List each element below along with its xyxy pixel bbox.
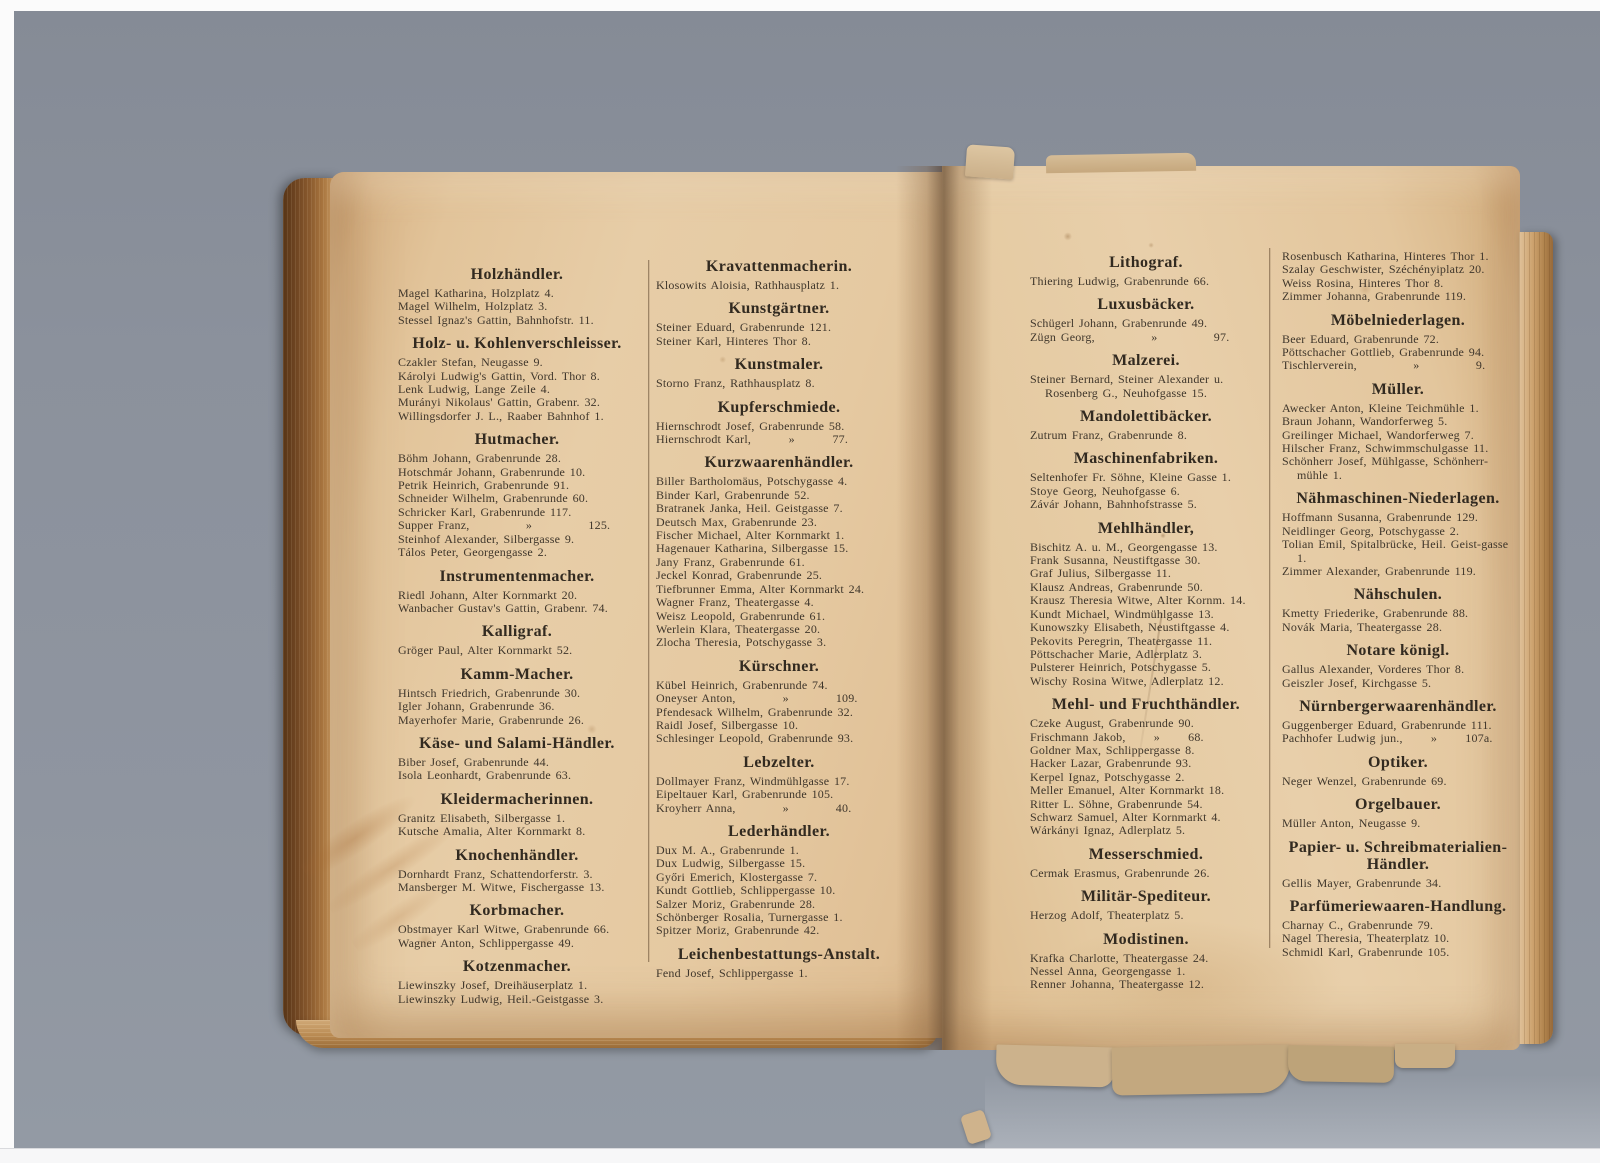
directory-entry: Tálos Peter, Georgengasse 2. (398, 546, 636, 559)
directory-entry: Jany Franz, Grabenrunde 61. (656, 556, 902, 569)
directory-section: Müller.Awecker Anton, Kleine Teichmühle … (1282, 381, 1514, 482)
directory-entry: Steiner Karl, Hinteres Thor 8. (656, 335, 902, 348)
directory-entry: Schlesinger Leopold, Grabenrunde 93. (656, 732, 902, 745)
directory-entry: Petrik Heinrich, Grabenrunde 91. (398, 479, 636, 492)
directory-entry: Gellis Mayer, Grabenrunde 34. (1282, 877, 1514, 890)
directory-entry: Károlyi Ludwig's Gattin, Vord. Thor 8. (398, 370, 636, 383)
directory-entry: Hiernschrodt Josef, Grabenrunde 58. (656, 420, 902, 433)
directory-entry: Hacker Lazar, Grabenrunde 93. (1030, 757, 1262, 770)
directory-section: Mehlhändler,Bischitz A. u. M., Georgenga… (1030, 520, 1262, 688)
directory-entry: Pöttschacher Gottlieb, Grabenrunde 94. (1282, 346, 1514, 359)
right-page-edge-stack (1519, 232, 1553, 1044)
paper-tab-top (1046, 153, 1196, 174)
section-heading: Knochenhändler. (398, 847, 636, 864)
directory-entry: Schönherr Josef, Mühlgasse, Schönherr-mü… (1282, 455, 1514, 482)
directory-section: Orgelbauer.Müller Anton, Neugasse 9. (1282, 796, 1514, 830)
directory-entry: Fischer Michael, Alter Kornmarkt 1. (656, 529, 902, 542)
directory-section: Korbmacher.Obstmayer Karl Witwe, Grabenr… (398, 902, 636, 950)
directory-entry: Liewinszky Ludwig, Heil.-Geistgasse 3. (398, 993, 636, 1006)
directory-column-4: Rosenbusch Katharina, Hinteres Thor 1.Sz… (1282, 250, 1514, 959)
directory-entry: Seltenhofer Fr. Söhne, Kleine Gasse 1. (1030, 471, 1262, 484)
directory-entry: Hintsch Friedrich, Grabenrunde 30. (398, 687, 636, 700)
directory-entry: Riedl Johann, Alter Kornmarkt 20. (398, 589, 636, 602)
directory-section: Notare königl.Gallus Alexander, Vorderes… (1282, 642, 1514, 690)
directory-entry: Jeckel Konrad, Grabenrunde 25. (656, 569, 902, 582)
directory-entry: Kutsche Amalia, Alter Kornmarkt 8. (398, 825, 636, 838)
directory-entry: Hiernschrodt Karl, » 77. (656, 433, 902, 446)
directory-entry: Salzer Moriz, Grabenrunde 28. (656, 898, 902, 911)
directory-entry: Biber Josef, Grabenrunde 44. (398, 756, 636, 769)
directory-entry: Czeke August, Grabenrunde 90. (1030, 717, 1262, 730)
column-divider-left-page (648, 260, 649, 962)
directory-entry: Nagel Theresia, Theaterplatz 10. (1282, 932, 1514, 945)
directory-entry: Fend Josef, Schlippergasse 1. (656, 967, 902, 980)
directory-entry: Schügerl Johann, Grabenrunde 49. (1030, 317, 1262, 330)
book-gutter-shadow (896, 166, 992, 1050)
section-heading: Nähmaschinen-Niederlagen. (1282, 490, 1514, 507)
directory-entry: Zutrum Franz, Grabenrunde 8. (1030, 429, 1262, 442)
directory-entry: Frischmann Jakob, » 68. (1030, 731, 1262, 744)
directory-entry: Werlein Klara, Theatergasse 20. (656, 623, 902, 636)
directory-entry: Goldner Max, Schlippergasse 8. (1030, 744, 1262, 757)
directory-section: Nürnbergerwaarenhändler.Guggenberger Edu… (1282, 698, 1514, 746)
directory-entry: Raidl Josef, Silbergasse 10. (656, 719, 902, 732)
section-heading: Kamm-Macher. (398, 666, 636, 683)
section-heading: Korbmacher. (398, 902, 636, 919)
directory-entry: Eipeltauer Karl, Grabenrunde 105. (656, 788, 902, 801)
directory-entry: Herzog Adolf, Theaterplatz 5. (1030, 909, 1262, 922)
directory-entry: Nessel Anna, Georgengasse 1. (1030, 965, 1262, 978)
directory-section: Knochenhändler.Dornhardt Franz, Schatten… (398, 847, 636, 895)
directory-entry: Cermak Erasmus, Grabenrunde 26. (1030, 867, 1262, 880)
directory-entry: Neger Wenzel, Grabenrunde 69. (1282, 775, 1514, 788)
torn-paper-fragment (1395, 1044, 1455, 1068)
section-heading: Maschinenfabriken. (1030, 450, 1262, 467)
directory-entry: Wárkányi Ignaz, Adlerplatz 5. (1030, 824, 1262, 837)
directory-section: Militär-Spediteur.Herzog Adolf, Theaterp… (1030, 888, 1262, 922)
directory-entry: Deutsch Max, Grabenrunde 23. (656, 516, 902, 529)
directory-column-3: Lithograf.Thiering Ludwig, Grabenrunde 6… (1030, 254, 1262, 992)
directory-entry: Ritter L. Söhne, Grabenrunde 54. (1030, 798, 1262, 811)
directory-entry: Weisz Leopold, Grabenrunde 61. (656, 610, 902, 623)
directory-entry: Thiering Ludwig, Grabenrunde 66. (1030, 275, 1262, 288)
directory-entry: Hoffmann Susanna, Grabenrunde 129. (1282, 511, 1514, 524)
directory-section: Malzerei.Steiner Bernard, Steiner Alexan… (1030, 352, 1262, 400)
directory-entry: Czakler Stefan, Neugasse 9. (398, 356, 636, 369)
directory-entry: Geiszler Josef, Kirchgasse 5. (1282, 677, 1514, 690)
directory-entry: Magel Wilhelm, Holzplatz 3. (398, 300, 636, 313)
directory-section: Lebzelter.Dollmayer Franz, Windmühlgasse… (656, 754, 902, 815)
directory-entry: Pfendesack Wilhelm, Grabenrunde 32. (656, 706, 902, 719)
directory-entry: Dollmayer Franz, Windmühlgasse 17. (656, 775, 902, 788)
section-heading: Lederhändler. (656, 823, 902, 840)
directory-entry: Klosowits Aloisia, Rathhausplatz 1. (656, 279, 902, 292)
column-divider-right-page (1269, 248, 1270, 948)
directory-entry: Biller Bartholomäus, Potschygasse 4. (656, 475, 902, 488)
directory-entry: Böhm Johann, Grabenrunde 28. (398, 452, 636, 465)
directory-entry: Kundt Michael, Windmühlgasse 13. (1030, 608, 1262, 621)
section-heading: Parfümeriewaaren-Handlung. (1282, 898, 1514, 915)
directory-section: Luxusbäcker.Schügerl Johann, Grabenrunde… (1030, 296, 1262, 344)
directory-section: Kunstmaler.Storno Franz, Rathhausplatz 8… (656, 356, 902, 390)
directory-entry: Wanbacher Gustav's Gattin, Grabenr. 74. (398, 602, 636, 615)
directory-entry: Guggenberger Eduard, Grabenrunde 111. (1282, 719, 1514, 732)
directory-entry: Braun Johann, Wandorferweg 5. (1282, 415, 1514, 428)
directory-section: Optiker.Neger Wenzel, Grabenrunde 69. (1282, 754, 1514, 788)
directory-entry: Greilinger Michael, Wandorferweg 7. (1282, 429, 1514, 442)
directory-entry: Hilscher Franz, Schwimmschulgasse 11. (1282, 442, 1514, 455)
directory-entry: Meller Emanuel, Alter Kornmarkt 18. (1030, 784, 1262, 797)
directory-entry: Pachhofer Ludwig jun., » 107a. (1282, 732, 1514, 745)
directory-entry: Graf Julius, Silbergasse 11. (1030, 567, 1262, 580)
directory-entry: Zimmer Johanna, Grabenrunde 119. (1282, 290, 1514, 303)
directory-column-1: Holzhändler.Magel Katharina, Holzplatz 4… (398, 266, 636, 1006)
directory-entry: Tischlerverein, » 9. (1282, 359, 1514, 372)
directory-entry: Willingsdorfer J. L., Raaber Bahnhof 1. (398, 410, 636, 423)
directory-section: Kurzwaarenhändler.Biller Bartholomäus, P… (656, 454, 902, 649)
directory-entry: Győri Emerich, Klostergasse 7. (656, 871, 902, 884)
directory-section: Nähmaschinen-Niederlagen.Hoffmann Susann… (1282, 490, 1514, 578)
paper-tab-gutter-top (965, 144, 1015, 179)
section-heading: Kurzwaarenhändler. (656, 454, 902, 471)
directory-entry: Závár Johann, Bahnhofstrasse 5. (1030, 498, 1262, 511)
torn-paper-fragment (1112, 1044, 1291, 1095)
directory-entry: Beer Eduard, Grabenrunde 72. (1282, 333, 1514, 346)
directory-entry: Stoye Georg, Neuhofgasse 6. (1030, 485, 1262, 498)
directory-entry: Steiner Bernard, Steiner Alexander u. Ro… (1030, 373, 1262, 400)
directory-entry: Kübel Heinrich, Grabenrunde 74. (656, 679, 902, 692)
directory-section: Papier- u. Schreibmaterialien-Händler.Ge… (1282, 839, 1514, 890)
directory-section: Nähschulen.Kmetty Friederike, Grabenrund… (1282, 586, 1514, 634)
directory-entry: Kundt Gottlieb, Schlippergasse 10. (656, 884, 902, 897)
directory-entry: Bischitz A. u. M., Georgengasse 13. (1030, 541, 1262, 554)
directory-entry: Hotschmár Johann, Grabenrunde 10. (398, 466, 636, 479)
directory-entry: Kerpel Ignaz, Potschygasse 2. (1030, 771, 1262, 784)
directory-section: Kamm-Macher.Hintsch Friedrich, Grabenrun… (398, 666, 636, 727)
section-heading: Kleidermacherinnen. (398, 791, 636, 808)
section-heading: Käse- und Salami-Händler. (398, 735, 636, 752)
torn-paper-fragment (1288, 1045, 1395, 1083)
directory-entry: Pekovits Peregrin, Theatergasse 11. (1030, 635, 1262, 648)
directory-entry: Liewinszky Josef, Dreihäuserplatz 1. (398, 979, 636, 992)
section-heading: Holzhändler. (398, 266, 636, 283)
directory-entry: Storno Franz, Rathhausplatz 8. (656, 377, 902, 390)
directory-section: Leichenbestattungs-Anstalt.Fend Josef, S… (656, 946, 902, 980)
directory-entry: Schricker Karl, Grabenrunde 117. (398, 506, 636, 519)
scanner-frame-top (0, 0, 1600, 11)
directory-section: Rosenbusch Katharina, Hinteres Thor 1.Sz… (1282, 250, 1514, 304)
section-heading: Nähschulen. (1282, 586, 1514, 603)
section-heading: Kunstgärtner. (656, 300, 902, 317)
directory-section: Lederhändler.Dux M. A., Grabenrunde 1.Du… (656, 823, 902, 938)
directory-entry: Murányi Nikolaus' Gattin, Grabenr. 32. (398, 396, 636, 409)
directory-entry: Zügn Georg, » 97. (1030, 331, 1262, 344)
directory-section: Parfümeriewaaren-Handlung.Charnay C., Gr… (1282, 898, 1514, 959)
section-heading: Leichenbestattungs-Anstalt. (656, 946, 902, 963)
directory-section: Kotzenmacher.Liewinszky Josef, Dreihäuse… (398, 958, 636, 1006)
directory-entry: Magel Katharina, Holzplatz 4. (398, 287, 636, 300)
directory-entry: Dux Ludwig, Silbergasse 15. (656, 857, 902, 870)
directory-section: Instrumentenmacher.Riedl Johann, Alter K… (398, 568, 636, 616)
directory-entry: Lenk Ludwig, Lange Zeile 4. (398, 383, 636, 396)
directory-entry: Kunowszky Elisabeth, Neustiftgasse 4. (1030, 621, 1262, 634)
directory-entry: Stessel Ignaz's Gattin, Bahnhofstr. 11. (398, 314, 636, 327)
section-heading: Nürnbergerwaarenhändler. (1282, 698, 1514, 715)
directory-entry: Wischy Rosina Witwe, Adlerplatz 12. (1030, 675, 1262, 688)
section-heading: Hutmacher. (398, 431, 636, 448)
section-heading: Modistinen. (1030, 931, 1262, 948)
section-heading: Müller. (1282, 381, 1514, 398)
section-heading: Militär-Spediteur. (1030, 888, 1262, 905)
directory-section: Kunstgärtner.Steiner Eduard, Grabenrunde… (656, 300, 902, 348)
directory-entry: Dornhardt Franz, Schattendorferstr. 3. (398, 868, 636, 881)
section-heading: Möbelniederlagen. (1282, 312, 1514, 329)
directory-section: Holzhändler.Magel Katharina, Holzplatz 4… (398, 266, 636, 327)
directory-entry: Awecker Anton, Kleine Teichmühle 1. (1282, 402, 1514, 415)
directory-entry: Pöttschacher Marie, Adlerplatz 3. (1030, 648, 1262, 661)
section-heading: Kotzenmacher. (398, 958, 636, 975)
directory-section: Kravattenmacherin.Klosowits Aloisia, Rat… (656, 258, 902, 292)
section-heading: Notare königl. (1282, 642, 1514, 659)
section-heading: Optiker. (1282, 754, 1514, 771)
directory-entry: Krafka Charlotte, Theatergasse 24. (1030, 952, 1262, 965)
directory-entry: Tolian Emil, Spitalbrücke, Heil. Geist-g… (1282, 538, 1514, 565)
directory-entry: Binder Karl, Grabenrunde 52. (656, 489, 902, 502)
directory-entry: Dux M. A., Grabenrunde 1. (656, 844, 902, 857)
directory-entry: Bratranek Janka, Heil. Geistgasse 7. (656, 502, 902, 515)
section-heading: Kalligraf. (398, 623, 636, 640)
scanner-frame-bottom (0, 1148, 1600, 1163)
directory-entry: Frank Susanna, Neustiftgasse 30. (1030, 554, 1262, 567)
directory-section: Kalligraf.Gröger Paul, Alter Kornmarkt 5… (398, 623, 636, 657)
directory-entry: Schneider Wilhelm, Grabenrunde 60. (398, 492, 636, 505)
directory-section: Hutmacher.Böhm Johann, Grabenrunde 28.Ho… (398, 431, 636, 559)
torn-paper-fragment (995, 1044, 1114, 1087)
section-heading: Kunstmaler. (656, 356, 902, 373)
section-heading: Kravattenmacherin. (656, 258, 902, 275)
directory-entry: Kmetty Friederike, Grabenrunde 88. (1282, 607, 1514, 620)
directory-entry: Weiss Rosina, Hinteres Thor 8. (1282, 277, 1514, 290)
directory-entry: Charnay C., Grabenrunde 79. (1282, 919, 1514, 932)
directory-entry: Isola Leonhardt, Grabenrunde 63. (398, 769, 636, 782)
directory-entry: Schmidl Karl, Grabenrunde 105. (1282, 946, 1514, 959)
directory-entry: Oneyser Anton, » 109. (656, 692, 902, 705)
directory-entry: Hagenauer Katharina, Silbergasse 15. (656, 542, 902, 555)
section-heading: Kürschner. (656, 658, 902, 675)
directory-section: Möbelniederlagen.Beer Eduard, Grabenrund… (1282, 312, 1514, 373)
directory-entry: Schönberger Rosalia, Turnergasse 1. (656, 911, 902, 924)
directory-entry: Wagner Franz, Theatergasse 4. (656, 596, 902, 609)
section-heading: Mehlhändler, (1030, 520, 1262, 537)
directory-section: Käse- und Salami-Händler.Biber Josef, Gr… (398, 735, 636, 783)
directory-entry: Zlocha Theresia, Potschygasse 3. (656, 636, 902, 649)
directory-entry: Wagner Anton, Schlippergasse 49. (398, 937, 636, 950)
directory-section: Kupferschmiede.Hiernschrodt Josef, Grabe… (656, 399, 902, 447)
section-heading: Lebzelter. (656, 754, 902, 771)
directory-section: Kleidermacherinnen.Granitz Elisabeth, Si… (398, 791, 636, 839)
section-heading: Papier- u. Schreibmaterialien-Händler. (1282, 839, 1514, 873)
directory-entry: Granitz Elisabeth, Silbergasse 1. (398, 812, 636, 825)
directory-entry: Steiner Eduard, Grabenrunde 121. (656, 321, 902, 334)
directory-entry: Supper Franz, » 125. (398, 519, 636, 532)
directory-entry: Rosenbusch Katharina, Hinteres Thor 1. (1282, 250, 1514, 263)
section-heading: Malzerei. (1030, 352, 1262, 369)
directory-entry: Zimmer Alexander, Grabenrunde 119. (1282, 565, 1514, 578)
directory-section: Maschinenfabriken.Seltenhofer Fr. Söhne,… (1030, 450, 1262, 511)
directory-section: Lithograf.Thiering Ludwig, Grabenrunde 6… (1030, 254, 1262, 288)
directory-entry: Krausz Theresia Witwe, Alter Kornm. 14. (1030, 594, 1262, 607)
directory-section: Mandolettibäcker.Zutrum Franz, Grabenrun… (1030, 408, 1262, 442)
directory-section: Messerschmied.Cermak Erasmus, Grabenrund… (1030, 846, 1262, 880)
directory-entry: Kroyherr Anna, » 40. (656, 802, 902, 815)
directory-entry: Szalay Geschwister, Széchényiplatz 20. (1282, 263, 1514, 276)
directory-entry: Renner Johanna, Theatergasse 12. (1030, 978, 1262, 991)
directory-entry: Spitzer Moriz, Grabenrunde 42. (656, 924, 902, 937)
directory-entry: Novák Maria, Theatergasse 28. (1282, 621, 1514, 634)
directory-entry: Schwarz Samuel, Alter Kornmarkt 4. (1030, 811, 1262, 824)
scanned-directory-page: Holzhändler.Magel Katharina, Holzplatz 4… (0, 0, 1600, 1163)
section-heading: Kupferschmiede. (656, 399, 902, 416)
directory-entry: Pulsterer Heinrich, Potschygasse 5. (1030, 661, 1262, 674)
directory-entry: Neidlinger Georg, Potschygasse 2. (1282, 525, 1514, 538)
directory-section: Mehl- und Fruchthändler.Czeke August, Gr… (1030, 696, 1262, 838)
directory-section: Holz- u. Kohlenverschleisser.Czakler Ste… (398, 335, 636, 423)
directory-section: Kürschner.Kübel Heinrich, Grabenrunde 74… (656, 658, 902, 746)
directory-entry: Igler Johann, Grabenrunde 36. (398, 700, 636, 713)
section-heading: Luxusbäcker. (1030, 296, 1262, 313)
directory-entry: Mayerhofer Marie, Grabenrunde 26. (398, 714, 636, 727)
section-heading: Instrumentenmacher. (398, 568, 636, 585)
directory-column-2: Kravattenmacherin.Klosowits Aloisia, Rat… (656, 258, 902, 980)
directory-entry: Gallus Alexander, Vorderes Thor 8. (1282, 663, 1514, 676)
scanner-frame-left (0, 0, 14, 1163)
directory-entry: Tiefbrunner Emma, Alter Kornmarkt 24. (656, 583, 902, 596)
section-heading: Orgelbauer. (1282, 796, 1514, 813)
section-heading: Mandolettibäcker. (1030, 408, 1262, 425)
directory-section: Modistinen.Krafka Charlotte, Theatergass… (1030, 931, 1262, 992)
section-heading: Mehl- und Fruchthändler. (1030, 696, 1262, 713)
directory-entry: Steinhof Alexander, Silbergasse 9. (398, 533, 636, 546)
directory-entry: Müller Anton, Neugasse 9. (1282, 817, 1514, 830)
directory-entry: Mansberger M. Witwe, Fischergasse 13. (398, 881, 636, 894)
section-heading: Lithograf. (1030, 254, 1262, 271)
directory-entry: Klausz Andreas, Grabenrunde 50. (1030, 581, 1262, 594)
section-heading: Holz- u. Kohlenverschleisser. (398, 335, 636, 352)
section-heading: Messerschmied. (1030, 846, 1262, 863)
directory-entry: Obstmayer Karl Witwe, Grabenrunde 66. (398, 923, 636, 936)
directory-entry: Gröger Paul, Alter Kornmarkt 52. (398, 644, 636, 657)
